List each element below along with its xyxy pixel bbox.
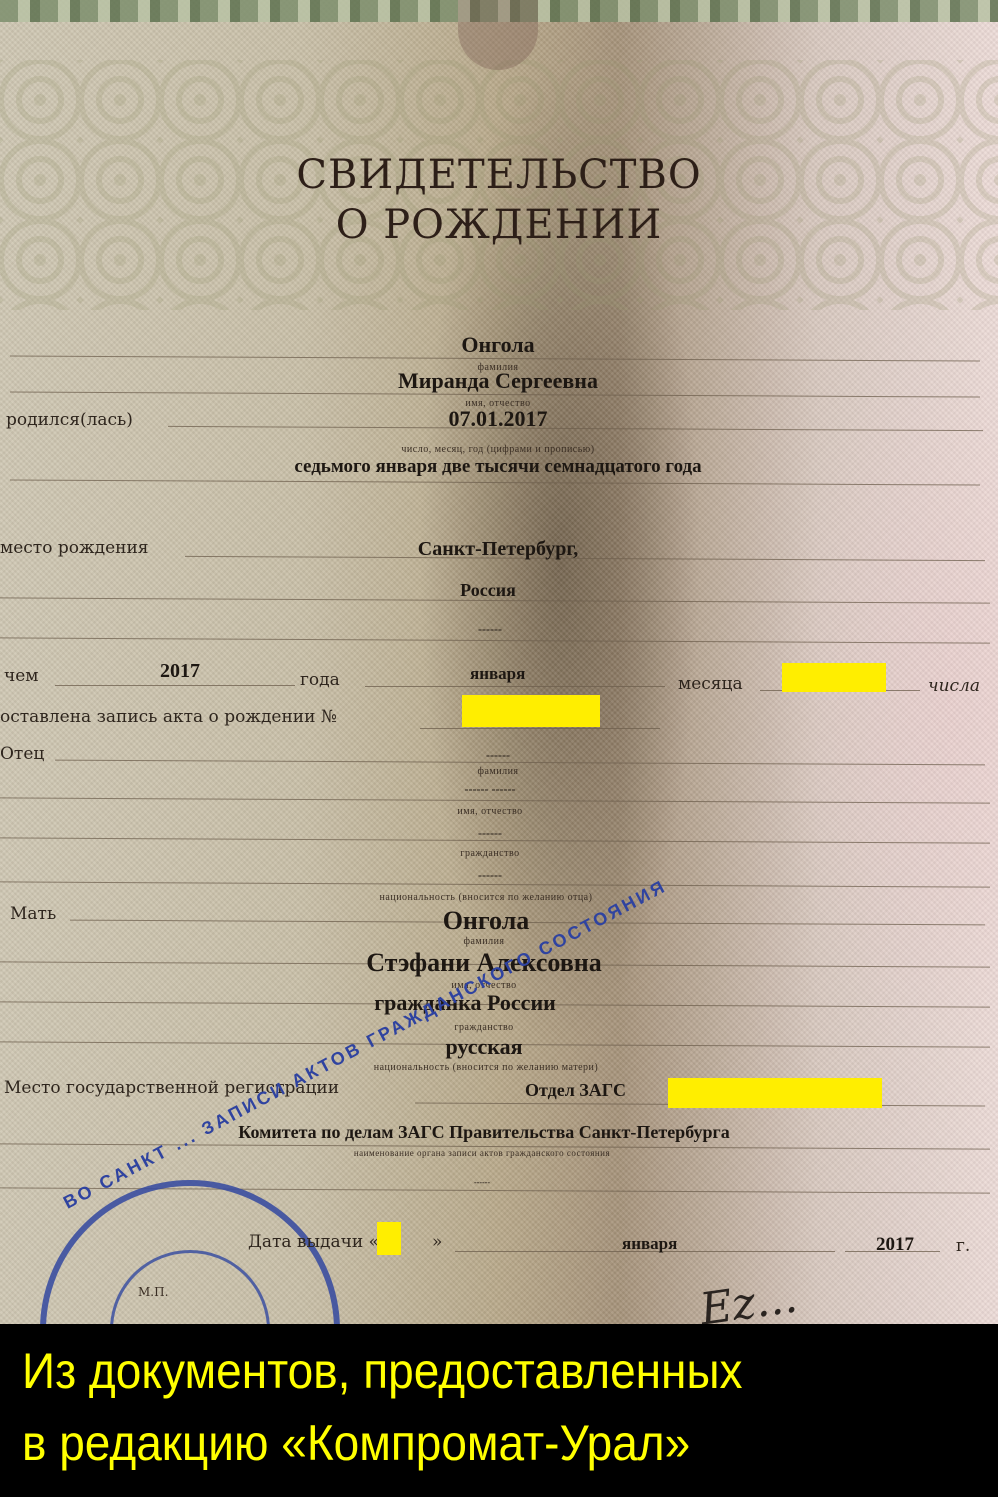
issue-year: 2017 (876, 1234, 914, 1256)
issue-date-label: Дата выдачи « (248, 1232, 379, 1252)
redacted-day (782, 663, 886, 692)
act-number-label: оставлена запись акта о рождении № (0, 707, 337, 727)
birth-certificate-photo: СВИДЕТЕЛЬСТВО О РОЖДЕНИИ Онгола фамилия … (0, 0, 998, 1324)
mother-surname-caption: фамилия (463, 936, 504, 947)
father-nationality-caption: национальность (вносится по желанию отца… (380, 892, 593, 903)
birthplace-city: Санкт-Петербург, (418, 538, 578, 561)
issue-month: января (622, 1234, 677, 1254)
record-year: 2017 (160, 660, 200, 683)
caption-line-2: в редакцию «Компромат-Урал» (22, 1414, 690, 1472)
caption-line-1: Из документов, предоставленных (22, 1342, 743, 1400)
father-name: ------ ------ (465, 782, 516, 797)
stamp-mp-label: М.П. (138, 1285, 168, 1299)
issue-year-suffix: г. (956, 1236, 970, 1256)
father-nationality: ------ (478, 868, 502, 883)
birthplace-extra: ------ (478, 622, 502, 637)
record-about-label: чем (4, 666, 39, 686)
birthplace-label: место рождения (0, 538, 149, 558)
father-label: Отец (0, 744, 44, 764)
registration-office: Отдел ЗАГС (525, 1080, 626, 1101)
father-surname-caption: фамилия (477, 766, 518, 777)
child-surname: Онгола (461, 332, 534, 358)
registration-committee: Комитета по делам ЗАГС Правительства Сан… (238, 1122, 729, 1143)
record-month-label: месяца (678, 674, 743, 694)
mother-label: Мать (10, 904, 56, 924)
issue-close-quote: » (432, 1232, 442, 1252)
mother-nationality-caption: национальность (вносится по желанию мате… (374, 1062, 598, 1073)
mother-nationality: русская (445, 1034, 522, 1060)
registration-dash: ------ (474, 1178, 490, 1187)
mother-citizenship-caption: гражданство (454, 1022, 513, 1033)
birth-date: 07.01.2017 (449, 406, 548, 432)
redacted-act-number (462, 695, 600, 727)
father-name-caption: имя, отчество (457, 806, 522, 817)
document-title-line1: СВИДЕТЕЛЬСТВО (0, 152, 998, 198)
father-citizenship-caption: гражданство (460, 848, 519, 859)
document-title-line2: О РОЖДЕНИИ (0, 202, 998, 248)
mother-surname: Онгола (443, 906, 530, 936)
record-day-label: числа (928, 676, 980, 696)
record-month: января (470, 664, 525, 684)
redacted-issue-day (377, 1222, 401, 1255)
redacted-office (668, 1078, 882, 1108)
publication-caption: Из документов, предоставленных в редакци… (0, 1324, 998, 1497)
birth-date-words: седьмого января две тысячи семнадцатого … (294, 456, 701, 478)
father-surname: ------ (486, 748, 510, 763)
birth-date-caption: число, месяц, год (цифрами и прописью) (401, 444, 594, 455)
child-name-patronymic: Миранда Сергеевна (398, 368, 598, 394)
father-citizenship: ------ (478, 826, 502, 841)
born-label: родился(лась) (6, 410, 133, 430)
registration-committee-caption: наименование органа записи актов граждан… (354, 1148, 610, 1158)
record-year-label: года (300, 670, 340, 690)
birthplace-country: Россия (460, 580, 516, 601)
